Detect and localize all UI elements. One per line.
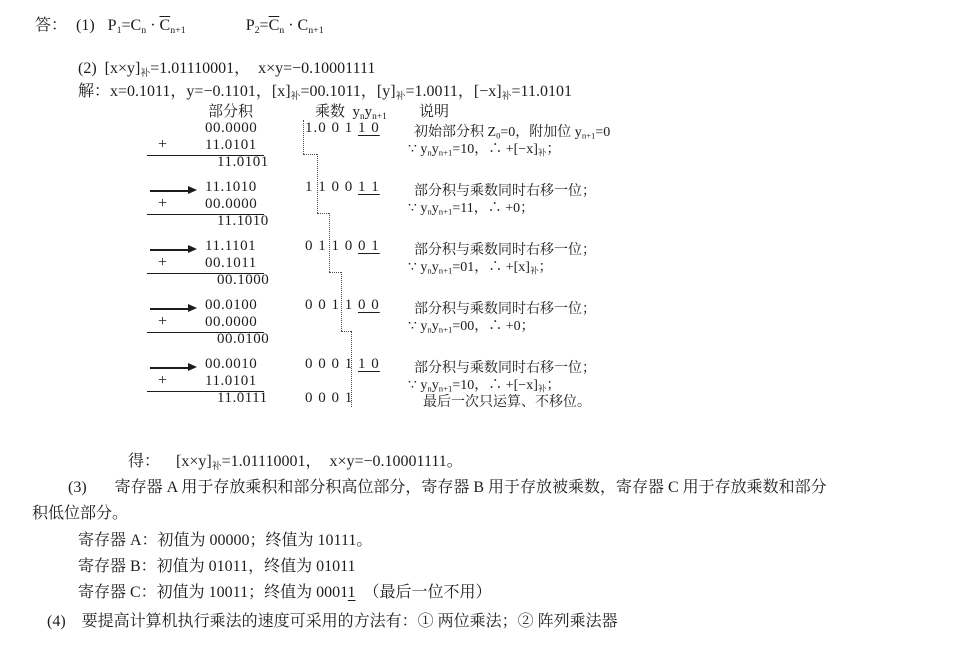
binary-value: 00.1011 bbox=[205, 255, 257, 272]
table-row: 11.10101 1 0 0 1 1部分积与乘数同时右移一位； bbox=[147, 179, 847, 196]
booth-table-body: 00.00001.0 0 1 1 0初始部分积 Z0=0，附加位 yn+1=0+… bbox=[147, 120, 847, 407]
result-text: [x×y]补=1.01110001， x×y=−0.10001111。 bbox=[176, 453, 463, 470]
partial-product-cell: 11.0111 bbox=[147, 390, 287, 407]
table-row: 00.01000 0 1 1 0 0部分积与乘数同时右移一位； bbox=[147, 297, 847, 314]
part4-text: 要提高计算机执行乘法的速度可采用的方法有：① 两位乘法；② 阵列乘法器 bbox=[82, 613, 618, 630]
binary-value: 11.0101 bbox=[217, 154, 269, 171]
table-row: 11.0101 bbox=[147, 154, 847, 171]
binary-value: 00.0010 bbox=[205, 356, 257, 373]
answer-prefix: 答： bbox=[35, 17, 67, 34]
shift-boundary-line bbox=[329, 272, 341, 273]
plus-sign: + bbox=[158, 313, 167, 331]
multiplier-cell: 0 1 1 0 0 1 bbox=[305, 238, 380, 255]
plus-sign: + bbox=[158, 254, 167, 272]
part1-label: (1) bbox=[76, 17, 95, 34]
shift-boundary-line bbox=[317, 154, 318, 213]
binary-value: 00.1000 bbox=[217, 272, 269, 289]
binary-value: 00.0100 bbox=[217, 331, 269, 348]
partial-product-cell: 11.1010 bbox=[147, 179, 287, 196]
part3-text-1: 寄存器 A 用于存放乘积和部分积高位部分，寄存器 B 用于存放被乘数，寄存器 C… bbox=[115, 479, 827, 496]
part3-line-2: 积低位部分。 bbox=[32, 500, 128, 523]
partial-product-cell: +11.0101 bbox=[147, 373, 287, 390]
shift-boundary-line bbox=[341, 272, 342, 331]
right-arrow-icon bbox=[150, 246, 196, 254]
binary-value: 11.0101 bbox=[205, 373, 257, 390]
table-row: 00.1000 bbox=[147, 272, 847, 289]
partial-product-cell: +00.1011 bbox=[147, 255, 287, 272]
register-b-line: 寄存器 B：初值为 01011，终值为 01011 bbox=[78, 553, 356, 576]
solution-page: 答：(1)P1=Cn · Cn+1P2=Cn · Cn+1 (2)[x×y]补=… bbox=[0, 0, 954, 654]
part2-label: (2) bbox=[78, 60, 97, 77]
table-row: +00.1011∵ ynyn+1=01，∴ +[x]补； bbox=[147, 255, 847, 272]
table-row: +00.0000∵ ynyn+1=00，∴ +0； bbox=[147, 314, 847, 331]
part3-line-1: (3)寄存器 A 用于存放乘积和部分积高位部分，寄存器 B 用于存放被乘数，寄存… bbox=[68, 474, 827, 497]
shift-boundary-line bbox=[303, 120, 304, 154]
shift-boundary-line bbox=[341, 331, 351, 332]
table-row: +00.0000∵ ynyn+1=11，∴ +0； bbox=[147, 196, 847, 213]
booth-table-header: 部分积 乘数 ynyn+1 说明 bbox=[147, 100, 847, 120]
table-row: +11.0101∵ ynyn+1=10，∴ +[−x]补； bbox=[147, 373, 847, 390]
partial-product-cell: +11.0101 bbox=[147, 137, 287, 154]
table-row: 00.00001.0 0 1 1 0初始部分积 Z0=0，附加位 yn+1=0 bbox=[147, 120, 847, 137]
partial-product-cell: 11.1010 bbox=[147, 213, 287, 230]
binary-value: 00.0000 bbox=[205, 196, 257, 213]
formula-p1: P1=Cn · Cn+1 bbox=[108, 17, 186, 34]
explanation-cell: 最后一次只运算、不移位。 bbox=[423, 391, 591, 411]
right-arrow-icon bbox=[150, 187, 196, 195]
header-multiplier: 乘数 ynyn+1 bbox=[315, 100, 387, 122]
part2-statement: [x×y]补=1.01110001， x×y=−0.10001111 bbox=[105, 60, 376, 77]
table-row: 11.11010 1 1 0 0 1部分积与乘数同时右移一位； bbox=[147, 238, 847, 255]
header-partial-product: 部分积 bbox=[208, 100, 253, 121]
multiplier-cell: 0 0 1 1 0 0 bbox=[305, 297, 380, 314]
result-line: 得：[x×y]补=1.01110001， x×y=−0.10001111。 bbox=[128, 448, 463, 472]
table-row: 00.00100 0 0 1 1 0部分积与乘数同时右移一位； bbox=[147, 356, 847, 373]
register-c-line: 寄存器 C：初值为 10011；终值为 00011 （最后一位不用） bbox=[78, 579, 492, 602]
shift-boundary-line bbox=[303, 154, 317, 155]
partial-product-cell: 00.1000 bbox=[147, 272, 287, 289]
partial-product-cell: 00.0010 bbox=[147, 356, 287, 373]
table-row: 11.01110 0 0 1最后一次只运算、不移位。 bbox=[147, 390, 847, 407]
shift-boundary-line bbox=[351, 331, 352, 407]
shift-boundary-line bbox=[329, 213, 330, 272]
answer-line-1: 答：(1)P1=Cn · Cn+1P2=Cn · Cn+1 bbox=[35, 12, 324, 36]
multiplier-cell: 0 0 0 1 1 0 bbox=[305, 356, 380, 373]
plus-sign: + bbox=[158, 136, 167, 154]
plus-sign: + bbox=[158, 372, 167, 390]
partial-product-cell: +00.0000 bbox=[147, 196, 287, 213]
binary-value: 11.1010 bbox=[205, 179, 257, 196]
partial-product-cell: 00.0100 bbox=[147, 331, 287, 348]
binary-value: 00.0000 bbox=[205, 120, 257, 137]
partial-product-cell: 11.1101 bbox=[147, 238, 287, 255]
partial-product-cell: +00.0000 bbox=[147, 314, 287, 331]
binary-value: 11.1101 bbox=[205, 238, 256, 255]
table-row: 11.1010 bbox=[147, 213, 847, 230]
booth-table: 部分积 乘数 ynyn+1 说明 00.00001.0 0 1 1 0初始部分积… bbox=[147, 100, 847, 412]
shift-boundary-line bbox=[317, 213, 329, 214]
binary-value: 11.1010 bbox=[217, 213, 269, 230]
right-arrow-icon bbox=[150, 305, 196, 313]
table-row: 00.0100 bbox=[147, 331, 847, 348]
part2-solution-line: 解：x=0.1011，y=−0.1101，[x]补=00.1011，[y]补=1… bbox=[78, 78, 572, 102]
multiplier-cell: 1.0 0 1 1 0 bbox=[305, 120, 380, 137]
plus-sign: + bbox=[158, 195, 167, 213]
part3-label: (3) bbox=[68, 479, 87, 496]
binary-value: 11.0101 bbox=[205, 137, 257, 154]
binary-value: 11.0111 bbox=[217, 390, 268, 407]
register-a-line: 寄存器 A：初值为 00000；终值为 10111。 bbox=[78, 527, 372, 550]
partial-product-cell: 11.0101 bbox=[147, 154, 287, 171]
header-explanation: 说明 bbox=[419, 100, 449, 121]
multiplier-cell: 0 0 0 1 bbox=[305, 390, 353, 407]
binary-value: 00.0100 bbox=[205, 297, 257, 314]
formula-p2: P2=Cn · Cn+1 bbox=[246, 17, 324, 34]
part4-line: (4)要提高计算机执行乘法的速度可采用的方法有：① 两位乘法；② 阵列乘法器 bbox=[47, 608, 618, 631]
right-arrow-icon bbox=[150, 364, 196, 372]
part4-label: (4) bbox=[47, 613, 66, 630]
result-label: 得： bbox=[128, 453, 160, 470]
table-row: +11.0101∵ ynyn+1=10，∴ +[−x]补； bbox=[147, 137, 847, 154]
partial-product-cell: 00.0100 bbox=[147, 297, 287, 314]
part2-statement-line: (2)[x×y]补=1.01110001， x×y=−0.10001111 bbox=[78, 55, 375, 79]
partial-product-cell: 00.0000 bbox=[147, 120, 287, 137]
binary-value: 00.0000 bbox=[205, 314, 257, 331]
